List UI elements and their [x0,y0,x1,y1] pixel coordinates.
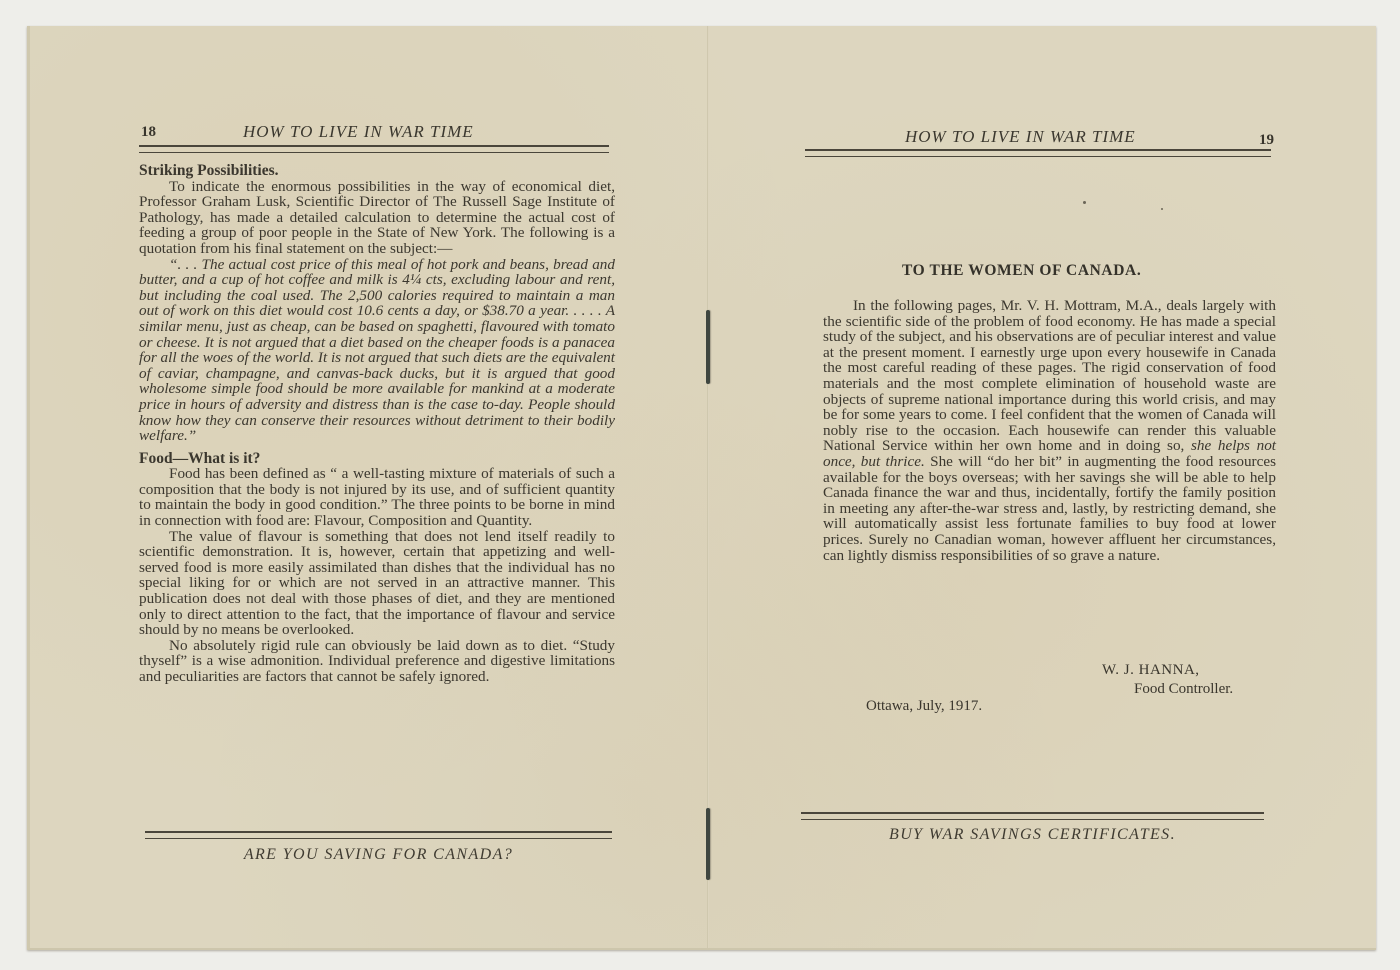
footer-motto: ARE YOU SAVING FOR CANADA? [145,846,612,864]
letter-body: In the following pages, Mr. V. H. Mottra… [823,298,1276,563]
booklet-spread: 18 HOW TO LIVE IN WAR TIME Striking Poss… [27,26,1376,950]
left-body-text: Striking Possibilities. To indicate the … [139,163,615,685]
running-head: HOW TO LIVE IN WAR TIME [243,122,474,142]
signatory-title: Food Controller. [1134,681,1233,698]
letter-title: TO THE WOMEN OF CANADA. [902,262,1141,280]
header-rule [139,145,609,153]
staple-bottom [706,808,710,880]
paper-speck [1083,201,1086,204]
letter-paragraph: In the following pages, Mr. V. H. Mottra… [823,298,1276,563]
place-date: Ottawa, July, 1917. [866,698,982,715]
footer-motto: BUY WAR SAVINGS CERTIFICATES. [801,826,1264,844]
paragraph: To indicate the enormous possibilities i… [139,179,615,257]
signatory-name: W. J. HANNA, [1102,662,1200,679]
paragraph: No absolutely rigid rule can obviously b… [139,638,615,685]
section-heading: Food—What is it? [139,451,615,467]
page-number: 18 [141,124,156,141]
letter-text: She will “do her bit” in augmenting the … [823,453,1276,564]
paper-speck [1161,208,1163,210]
quotation: “. . . The actual cost price of this mea… [139,257,615,444]
staple-top [706,310,710,384]
running-head: HOW TO LIVE IN WAR TIME [905,127,1136,147]
paragraph: Food has been defined as “ a well-tastin… [139,466,615,528]
paragraph: The value of flavour is something that d… [139,529,615,638]
section-heading: Striking Possibilities. [139,163,615,179]
letter-text: In the following pages, Mr. V. H. Mottra… [823,297,1276,454]
page-number: 19 [1259,132,1274,149]
footer-rule [801,812,1264,820]
footer-rule [145,831,612,839]
header-rule [805,149,1271,157]
